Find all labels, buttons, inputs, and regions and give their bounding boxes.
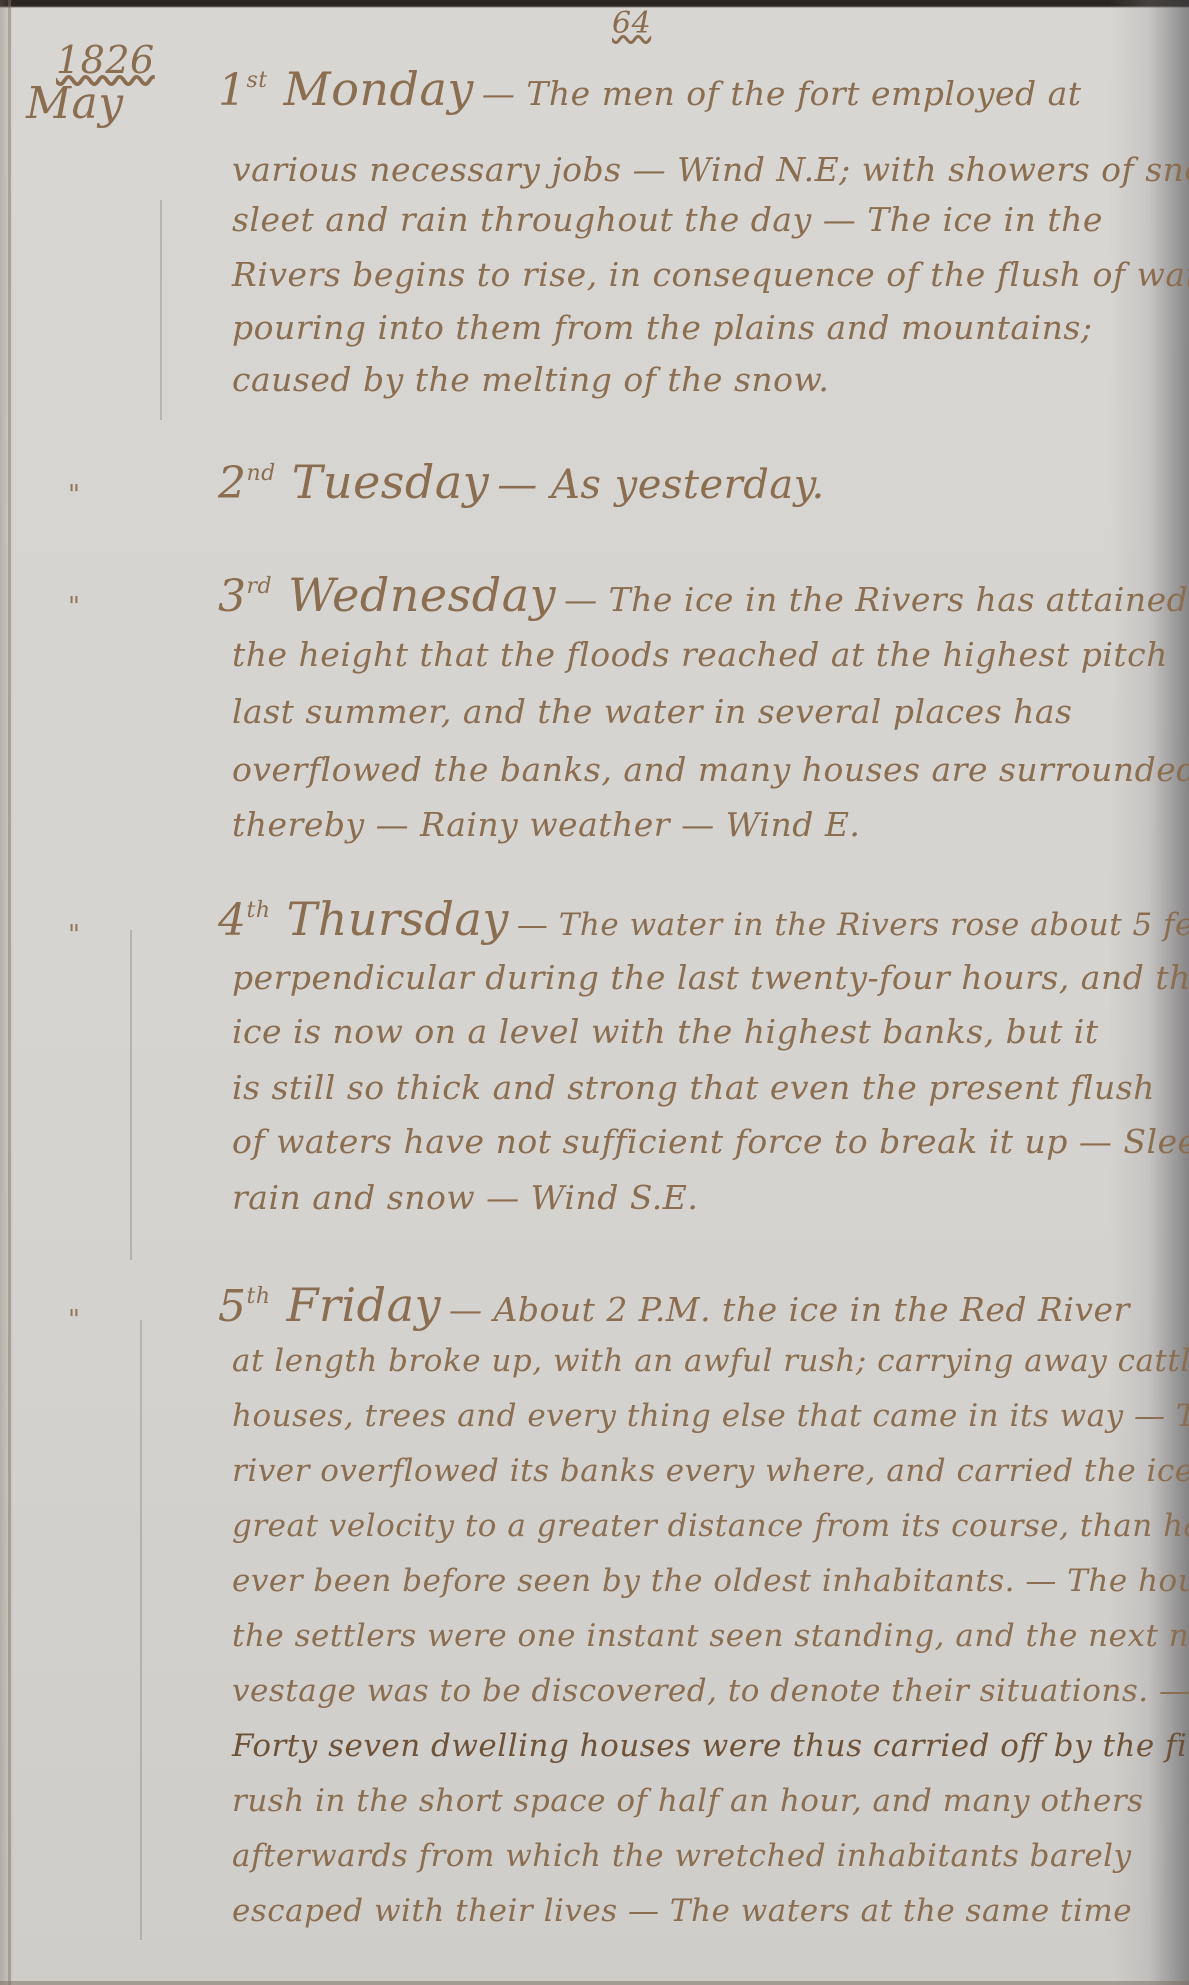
entry-heading: 2ndTuesday— As yesterday.: [218, 455, 825, 509]
date-suffix: rd: [247, 574, 273, 599]
date-suffix: th: [247, 1284, 271, 1309]
weekday: Thursday: [287, 892, 509, 946]
date-suffix: th: [247, 898, 271, 923]
ditto-mark: ": [68, 1305, 80, 1335]
journal-page: 64 1826 May 1stMonday— The men of the fo…: [0, 0, 1189, 1985]
entry-line: perpendicular during the last twenty-fou…: [232, 958, 1189, 997]
entry-line: overflowed the banks, and many houses ar…: [232, 750, 1189, 789]
month-heading: May: [26, 78, 124, 129]
entry-line: great velocity to a greater distance fro…: [232, 1508, 1189, 1544]
entry-line: Rivers begins to rise, in consequence of…: [232, 255, 1189, 294]
entry-line: is still so thick and strong that even t…: [232, 1068, 1155, 1107]
entry-line: — The men of the fort employed at: [482, 74, 1082, 113]
entry-line: sleet and rain throughout the day — The …: [232, 200, 1103, 239]
pencil-margin-mark: [130, 930, 132, 1260]
date-number: 5: [218, 1281, 247, 1332]
entry-line: of waters have not sufficient force to b…: [232, 1122, 1189, 1161]
entry-line: — About 2 P.M. the ice in the Red River: [449, 1290, 1130, 1329]
entry-line: thereby — Rainy weather — Wind E.: [232, 805, 860, 844]
weekday: Monday: [284, 62, 474, 116]
date-number: 2: [218, 458, 247, 509]
entry-heading: 1stMonday— The men of the fort employed …: [218, 62, 1082, 116]
pencil-margin-mark: [140, 1320, 142, 1940]
date-suffix: st: [247, 68, 268, 93]
date-number: 1: [218, 65, 247, 116]
ditto-mark: ": [68, 920, 80, 950]
weekday: Friday: [287, 1278, 441, 1332]
entry-line: Forty seven dwelling houses were thus ca…: [232, 1728, 1189, 1764]
weekday: Wednesday: [288, 568, 556, 622]
entry-line: rain and snow — Wind S.E.: [232, 1178, 698, 1217]
date-suffix: nd: [247, 461, 276, 486]
entry-line: afterwards from which the wretched inhab…: [232, 1838, 1132, 1874]
entry-heading: 3rdWednesday— The ice in the Rivers has …: [218, 568, 1188, 622]
entry-line: rush in the short space of half an hour,…: [232, 1783, 1144, 1819]
binding-edge: [8, 0, 11, 1985]
entry-line: ice is now on a level with the highest b…: [232, 1012, 1099, 1051]
entry-line: caused by the melting of the snow.: [232, 360, 829, 399]
entry-line: various necessary jobs — Wind N.E; with …: [232, 150, 1189, 189]
entry-line: the height that the floods reached at th…: [232, 635, 1168, 674]
date-number: 4: [218, 895, 247, 946]
entry-heading: 5thFriday— About 2 P.M. the ice in the R…: [218, 1278, 1130, 1332]
entry-line: escaped with their lives — The waters at…: [232, 1893, 1132, 1929]
page-number: 64: [612, 6, 651, 41]
entry-line: — As yesterday.: [497, 462, 824, 508]
entry-line: — The water in the Rivers rose about 5 f…: [517, 907, 1189, 943]
year-heading: 1826: [56, 38, 155, 82]
entry-line: vestage was to be discovered, to denote …: [232, 1673, 1189, 1709]
ditto-mark: ": [68, 480, 80, 510]
entry-line: pouring into them from the plains and mo…: [232, 308, 1092, 347]
entry-line: at length broke up, with an awful rush; …: [232, 1343, 1189, 1379]
entry-line: the settlers were one instant seen stand…: [232, 1618, 1189, 1654]
pencil-margin-mark: [160, 200, 162, 420]
entry-line: ever been before seen by the oldest inha…: [232, 1563, 1189, 1599]
page-bottom-edge: [0, 1981, 1189, 1985]
entry-line: — The ice in the Rivers has attained: [564, 580, 1188, 619]
weekday: Tuesday: [292, 455, 490, 509]
entry-line: houses, trees and every thing else that …: [232, 1398, 1189, 1434]
ditto-mark: ": [68, 592, 80, 622]
date-number: 3: [218, 571, 247, 622]
entry-line: river overflowed its banks every where, …: [232, 1453, 1189, 1489]
entry-line: last summer, and the water in several pl…: [232, 692, 1072, 731]
entry-heading: 4thThursday— The water in the Rivers ros…: [218, 892, 1189, 946]
